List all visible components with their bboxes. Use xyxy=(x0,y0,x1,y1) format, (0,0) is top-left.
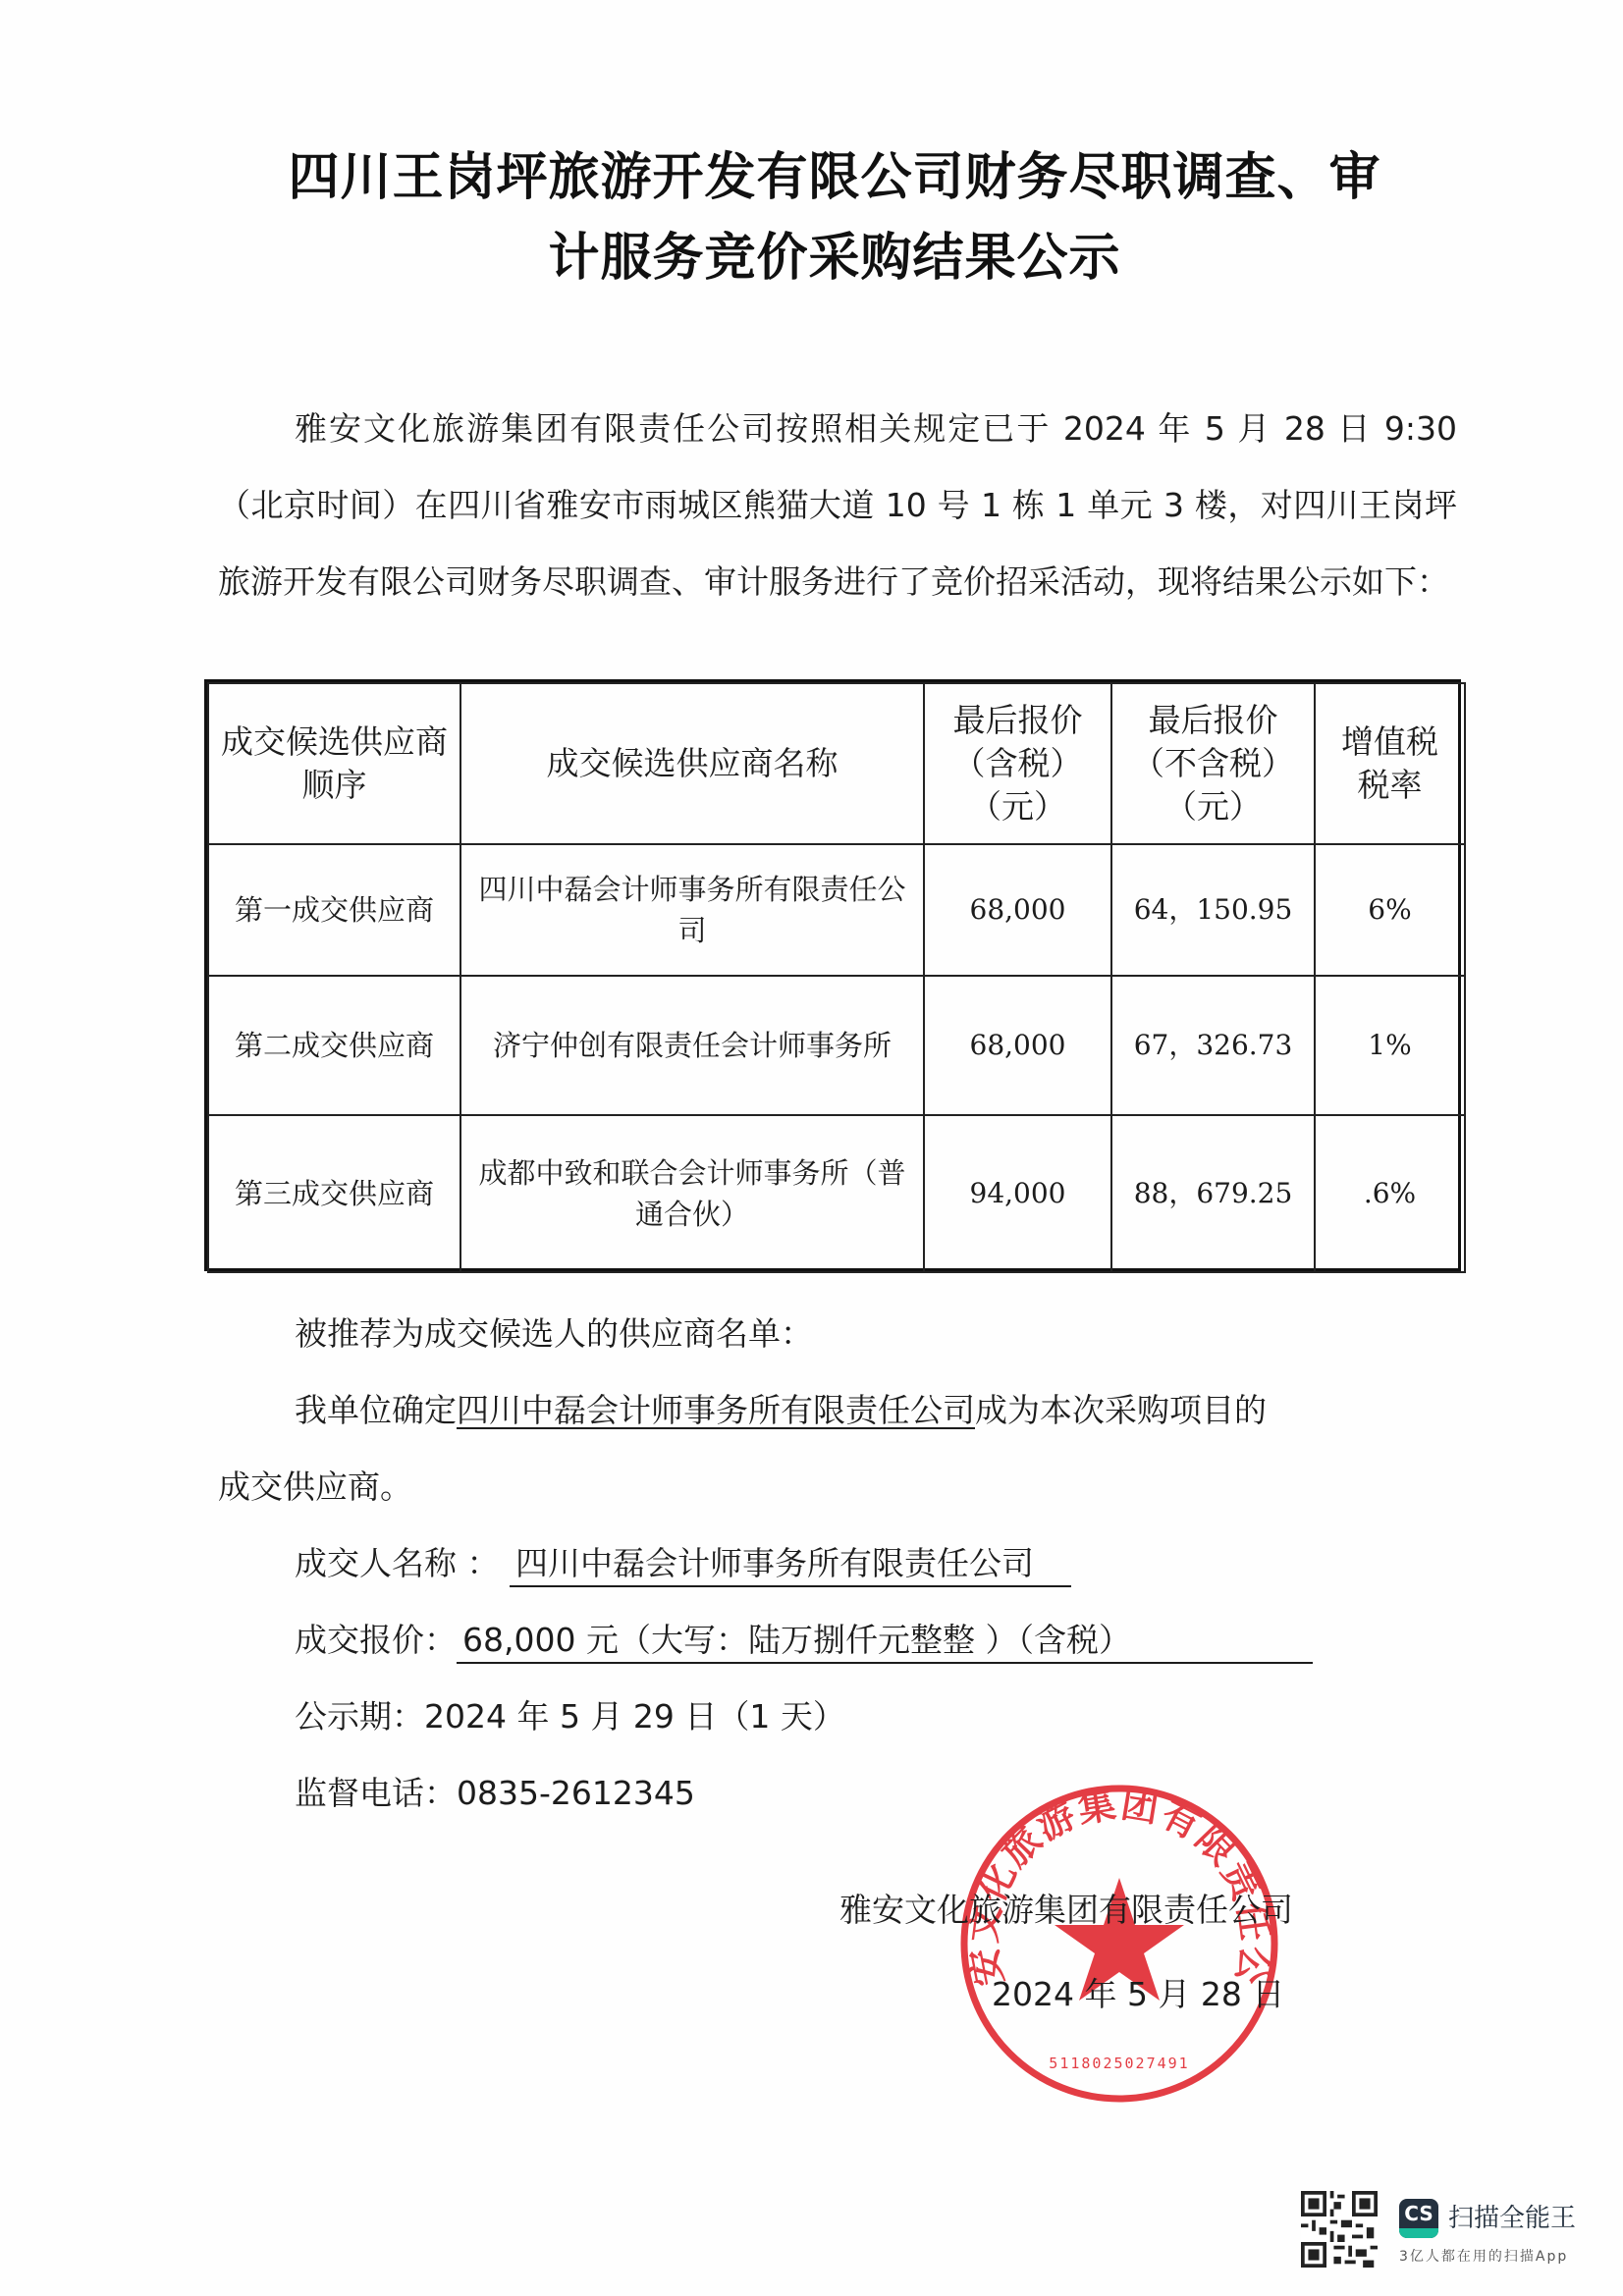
header-price-excl: 最后报价（不含税）（元） xyxy=(1111,683,1315,844)
cell-name: 济宁仲创有限责任会计师事务所 xyxy=(460,976,924,1115)
cell-vat: 6% xyxy=(1315,844,1465,976)
results-table: 成交候选供应商顺序 成交候选供应商名称 最后报价（含税）（元） 最后报价（不含税… xyxy=(204,679,1461,1271)
supervision-phone-line: 监督电话：0835-2612345 xyxy=(295,1755,1473,1832)
winner-price-line: 成交报价：68,000 元（大写：陆万捌仟元整整 ）（含税） xyxy=(295,1602,1473,1679)
title-line-2: 计服务竞价采购结果公示 xyxy=(196,218,1473,298)
table-row: 第二成交供应商 济宁仲创有限责任会计师事务所 68,000 67，326.73 … xyxy=(208,976,1465,1115)
cell-price-excl: 64，150.95 xyxy=(1111,844,1315,976)
svg-text:5118025027491: 5118025027491 xyxy=(1049,2055,1189,2072)
camscanner-slogan: 3亿人都在用的扫描App xyxy=(1399,2246,1568,2266)
table-row: 第三成交供应商 成都中致和联合会计师事务所（普通合伙） 94,000 88，67… xyxy=(208,1115,1465,1272)
cell-price-incl: 68,000 xyxy=(924,976,1111,1115)
confirm-line-2: 成交供应商。 xyxy=(218,1449,1457,1525)
camscanner-logo-icon: CS xyxy=(1399,2199,1438,2238)
header-vat: 增值税税率 xyxy=(1315,683,1465,844)
recommended-label: 被推荐为成交候选人的供应商名单： xyxy=(295,1296,1473,1372)
signer-organization: 雅安文化旅游集团有限责任公司 xyxy=(839,1891,1293,1930)
cell-name: 成都中致和联合会计师事务所（普通合伙） xyxy=(460,1115,924,1272)
cell-rank: 第三成交供应商 xyxy=(208,1115,460,1272)
intro-paragraph: 雅安文化旅游集团有限责任公司按照相关规定已于 2024 年 5 月 28 日 9… xyxy=(218,391,1457,620)
camscanner-watermark: CS 扫描全能王 3亿人都在用的扫描App xyxy=(1301,2191,1615,2279)
winner-name-line: 成交人名称 ： 四川中磊会计师事务所有限责任公司 xyxy=(295,1525,1473,1602)
document-title: 四川王岗坪旅游开发有限公司财务尽职调查、审 计服务竞价采购结果公示 xyxy=(196,137,1473,298)
table-row: 第一成交供应商 四川中磊会计师事务所有限责任公司 68,000 64，150.9… xyxy=(208,844,1465,976)
document-page: 四川王岗坪旅游开发有限公司财务尽职调查、审 计服务竞价采购结果公示 雅安文化旅游… xyxy=(0,0,1623,2296)
winner-price-value: 68,000 元（大写：陆万捌仟元整整 ）（含税） xyxy=(457,1619,1313,1664)
confirm-company: 四川中磊会计师事务所有限责任公司 xyxy=(457,1391,975,1429)
period-value: 2024 年 5 月 29 日（1 天） xyxy=(424,1697,845,1735)
cell-vat: 1% xyxy=(1315,976,1465,1115)
table-header-row: 成交候选供应商顺序 成交候选供应商名称 最后报价（含税）（元） 最后报价（不含税… xyxy=(208,683,1465,844)
signature-date: 2024 年 5 月 28 日 xyxy=(992,1975,1284,2014)
cell-rank: 第二成交供应商 xyxy=(208,976,460,1115)
period-label: 公示期： xyxy=(295,1697,424,1735)
cell-price-incl: 68,000 xyxy=(924,844,1111,976)
winner-price-label: 成交报价： xyxy=(295,1621,457,1659)
cell-rank: 第一成交供应商 xyxy=(208,844,460,976)
winner-name-label: 成交人名称 ： xyxy=(295,1544,500,1582)
cell-name: 四川中磊会计师事务所有限责任公司 xyxy=(460,844,924,976)
confirm-suffix: 成为本次采购项目的 xyxy=(975,1391,1267,1429)
cell-price-incl: 94,000 xyxy=(924,1115,1111,1272)
winner-name-value: 四川中磊会计师事务所有限责任公司 xyxy=(510,1542,1071,1587)
publicity-period-line: 公示期：2024 年 5 月 29 日（1 天） xyxy=(295,1679,1473,1755)
confirm-line: 我单位确定四川中磊会计师事务所有限责任公司成为本次采购项目的 xyxy=(295,1372,1473,1449)
confirm-prefix: 我单位确定 xyxy=(295,1391,457,1429)
phone-label: 监督电话： xyxy=(295,1774,457,1812)
official-seal-icon: 雅安文化旅游集团有限责任公司 5118025027491 xyxy=(957,1782,1281,2106)
header-rank: 成交候选供应商顺序 xyxy=(208,683,460,844)
cell-vat: .6% xyxy=(1315,1115,1465,1272)
qr-code-icon xyxy=(1301,2191,1378,2268)
phone-value: 0835-2612345 xyxy=(457,1774,695,1812)
camscanner-app-name: 扫描全能王 xyxy=(1448,2201,1576,2236)
cell-price-excl: 67，326.73 xyxy=(1111,976,1315,1115)
header-price-incl: 最后报价（含税）（元） xyxy=(924,683,1111,844)
header-name: 成交候选供应商名称 xyxy=(460,683,924,844)
title-line-1: 四川王岗坪旅游开发有限公司财务尽职调查、审 xyxy=(196,137,1473,218)
cell-price-excl: 88，679.25 xyxy=(1111,1115,1315,1272)
